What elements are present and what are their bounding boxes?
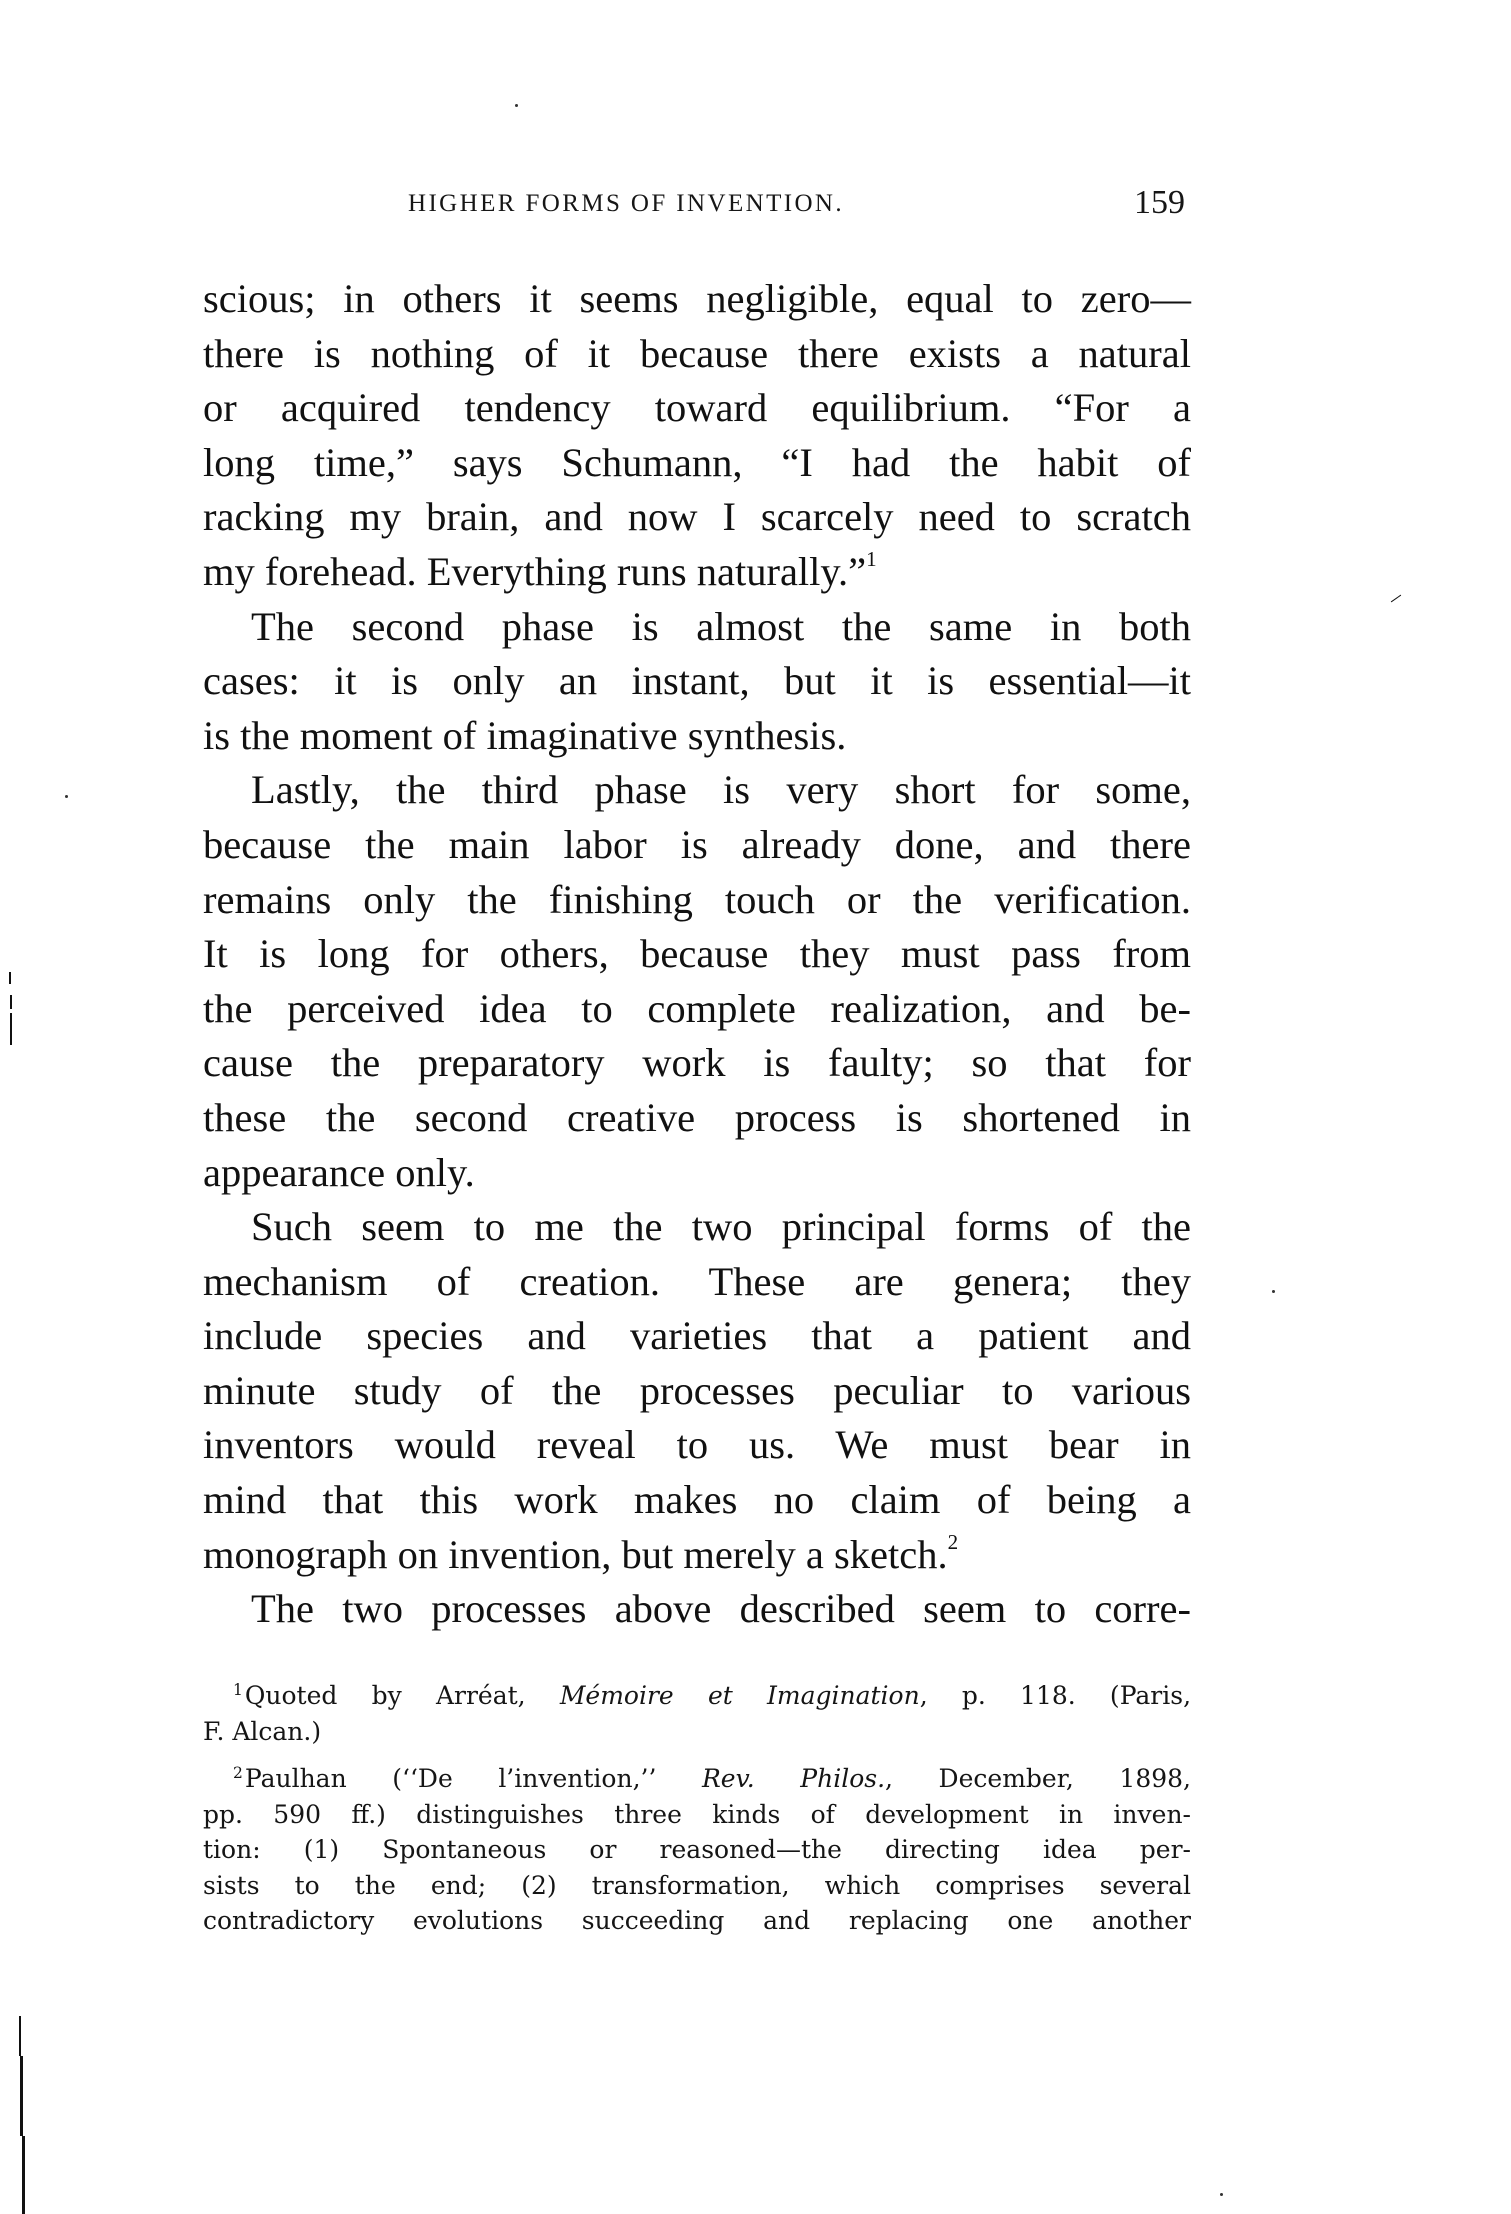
scan-stroke — [1391, 595, 1401, 603]
body-text: scious; in others it seems negligible, e… — [203, 272, 1191, 1637]
text-line: or acquired tendency toward equilibrium.… — [203, 381, 1191, 436]
text-line: It is long for others, because they must… — [203, 927, 1191, 982]
text-line: cases: it is only an instant, but it is … — [203, 654, 1191, 709]
footnote-2-line: sists to the end; (2) transformation, wh… — [203, 1868, 1191, 1904]
text-line: cause the preparatory work is faulty; so… — [203, 1036, 1191, 1091]
running-title: HIGHER FORMS OF INVENTION. — [408, 190, 844, 218]
text-line: because the main labor is already done, … — [203, 818, 1191, 873]
paragraph-start: Lastly, the third phase is very short fo… — [203, 763, 1191, 818]
text-line: remains only the finishing touch or the … — [203, 873, 1191, 928]
footnote-mark: 1 — [233, 1681, 243, 1699]
footnote-2-line: pp. 590 ff.) distinguishes three kinds o… — [203, 1797, 1191, 1833]
text-line: my forehead. Everything runs naturally.” — [203, 549, 866, 594]
scan-speck — [65, 795, 68, 798]
gutter-mark — [22, 2136, 25, 2214]
text-line-with-footnote-ref: monograph on invention, but merely a ske… — [203, 1528, 1191, 1583]
text-line-with-footnote-ref: my forehead. Everything runs naturally.”… — [203, 545, 1191, 600]
text-line: is the moment of imaginative synthesis. — [203, 709, 1191, 764]
scan-speck — [1272, 1290, 1275, 1293]
footnote-ref-2[interactable]: 2 — [948, 1530, 959, 1554]
footnote-text: , December, 1898, — [885, 1764, 1191, 1793]
text-line: mechanism of creation. These are genera;… — [203, 1255, 1191, 1310]
footnote-text: , p. 118. (Paris, — [920, 1681, 1191, 1710]
text-line: there is nothing of it because there exi… — [203, 327, 1191, 382]
gutter-mark — [9, 972, 11, 984]
footnote-text: Quoted by Arréat, — [245, 1681, 560, 1710]
text-line: appearance only. — [203, 1146, 1191, 1201]
gutter-mark — [10, 995, 12, 1009]
text-line: mind that this work makes no claim of be… — [203, 1473, 1191, 1528]
footnote-1: 1Quoted by Arréat, Mémoire et Imaginatio… — [203, 1678, 1191, 1714]
scan-speck — [1220, 2193, 1223, 2196]
footnotes: 1Quoted by Arréat, Mémoire et Imaginatio… — [203, 1678, 1191, 1939]
paragraph-start: The two processes above described seem t… — [203, 1582, 1191, 1637]
running-header: HIGHER FORMS OF INVENTION. 159 — [203, 186, 1193, 226]
book-page: HIGHER FORMS OF INVENTION. 159 scious; i… — [0, 0, 1511, 2214]
text-line: long time,” says Schumann, “I had the ha… — [203, 436, 1191, 491]
footnote-1-continuation: F. Alcan.) — [203, 1714, 1191, 1750]
text-line: minute study of the processes peculiar t… — [203, 1364, 1191, 1419]
scan-speck — [515, 104, 518, 107]
paragraph-start: Such seem to me the two principal forms … — [203, 1200, 1191, 1255]
cited-journal: Rev. Philos. — [702, 1764, 885, 1793]
page-number: 159 — [1134, 184, 1185, 222]
footnote-ref-1[interactable]: 1 — [866, 547, 877, 571]
footnote-2-line: tion: (1) Spontaneous or reasoned—the di… — [203, 1832, 1191, 1868]
gutter-mark — [10, 1013, 12, 1045]
footnote-text: Paulhan (‘‘De l’invention,’’ — [245, 1764, 702, 1793]
text-line: racking my brain, and now I scarcely nee… — [203, 490, 1191, 545]
footnote-gap — [203, 1749, 1191, 1761]
footnote-mark: 2 — [233, 1764, 243, 1782]
text-line: the perceived idea to complete realizati… — [203, 982, 1191, 1037]
gutter-mark — [19, 2016, 21, 2056]
text-line: monograph on invention, but merely a ske… — [203, 1532, 948, 1577]
gutter-mark — [20, 2056, 23, 2136]
cited-title: Mémoire et Imagination — [560, 1681, 920, 1710]
text-line: these the second creative process is sho… — [203, 1091, 1191, 1146]
text-line: scious; in others it seems negligible, e… — [203, 272, 1191, 327]
paragraph-start: The second phase is almost the same in b… — [203, 600, 1191, 655]
footnote-2: 2Paulhan (‘‘De l’invention,’’ Rev. Philo… — [203, 1761, 1191, 1797]
text-line: include species and varieties that a pat… — [203, 1309, 1191, 1364]
text-line: inventors would reveal to us. We must be… — [203, 1418, 1191, 1473]
footnote-2-line: contradictory evolutions succeeding and … — [203, 1903, 1191, 1939]
